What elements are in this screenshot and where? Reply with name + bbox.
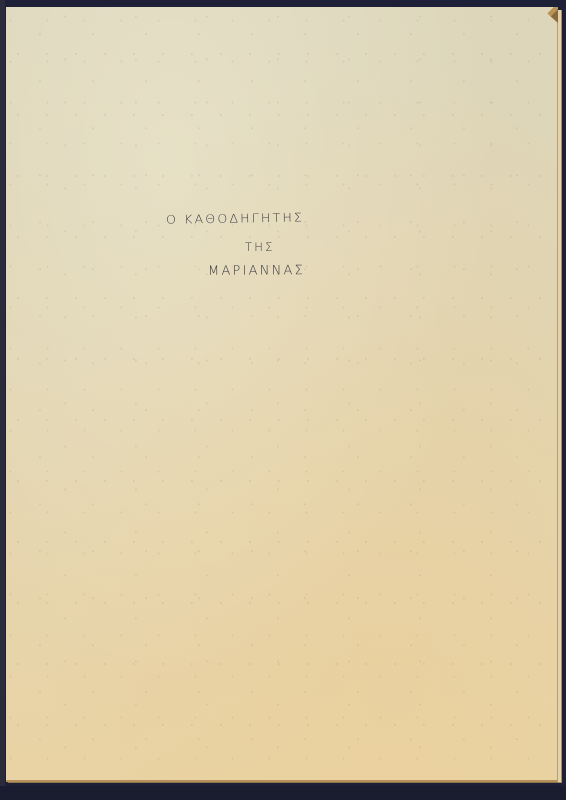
scanned-document: Ο ΚΑΘΟΔΗΓΗΤΗΣ ΤΗΣ ΜΑΡΙΑΝΝΑΣ — [0, 0, 566, 800]
title-line-1: Ο ΚΑΘΟΔΗΓΗΤΗΣ — [166, 210, 304, 227]
title-line-2: ΤΗΣ — [245, 240, 275, 254]
handwritten-title: Ο ΚΑΘΟΔΗΓΗΤΗΣ ΤΗΣ ΜΑΡΙΑΝΝΑΣ — [0, 0, 566, 800]
scanner-bottom-edge — [0, 786, 566, 800]
title-line-3: ΜΑΡΙΑΝΝΑΣ — [208, 263, 305, 279]
